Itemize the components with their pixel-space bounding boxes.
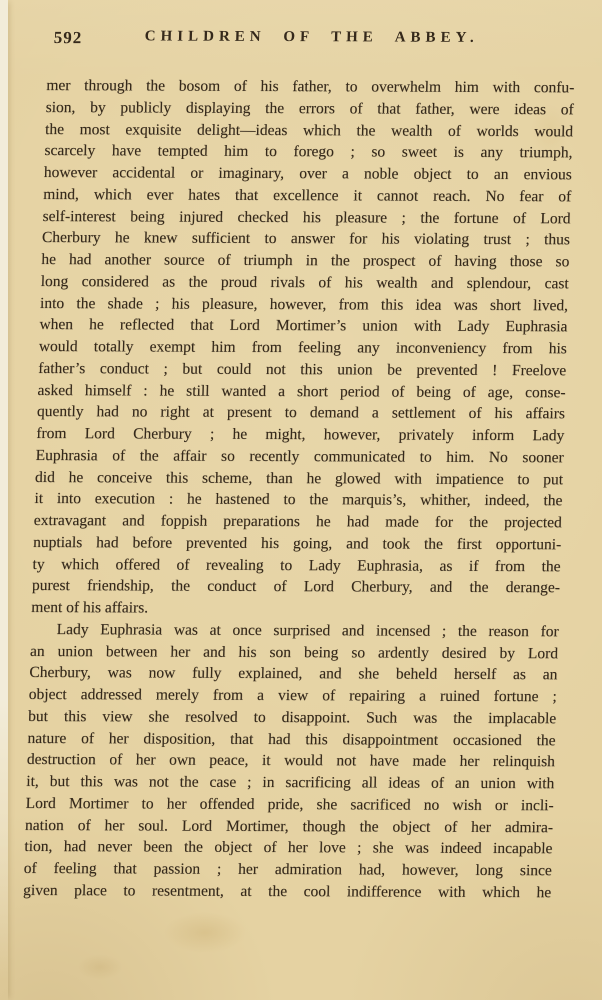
text-line: Lady Euphrasia was at once surprised and… bbox=[30, 619, 559, 643]
text-line: Cherbury he knew sufficient to answer fo… bbox=[42, 227, 571, 251]
text-line: scarcely have tempted him to forego ; so… bbox=[44, 140, 573, 164]
book-page: 592 CHILDREN OF THE ABBEY. mer through t… bbox=[0, 0, 602, 1000]
text-line: object addressed merely from a view of r… bbox=[28, 684, 557, 708]
page-header: 592 CHILDREN OF THE ABBEY. bbox=[47, 28, 576, 49]
text-line: sion, by publicly displaying the errors … bbox=[45, 97, 574, 121]
text-line: mer through the bosom of his father, to … bbox=[46, 75, 575, 99]
text-line: purest friendship, the conduct of Lord C… bbox=[32, 575, 561, 599]
page-number: 592 bbox=[53, 28, 82, 48]
text-line: nuptials had before prevented his going,… bbox=[33, 532, 562, 556]
page-left-edge bbox=[0, 0, 8, 1000]
text-line: quently had no right at present to deman… bbox=[37, 401, 566, 425]
text-line: extravagant and foppish preparations he … bbox=[33, 510, 562, 534]
text-line: ment of his affairs. bbox=[31, 597, 560, 621]
text-line: but this view she resolved to disappoint… bbox=[28, 706, 557, 730]
text-line: from Lord Cherbury ; he might, however, … bbox=[36, 423, 565, 447]
text-line: Lord Mortimer to her offended pride, she… bbox=[25, 793, 554, 817]
text-line: given place to resentment, at the cool i… bbox=[23, 880, 552, 904]
running-title: CHILDREN OF THE ABBEY. bbox=[48, 28, 576, 47]
text-line: destruction of her own peace, it would n… bbox=[27, 749, 556, 773]
text-line: long considered as the proud rivals of h… bbox=[40, 271, 569, 295]
text-line: asked himself : he still wanted a short … bbox=[37, 379, 566, 403]
page-content: 592 CHILDREN OF THE ABBEY. mer through t… bbox=[23, 28, 576, 904]
text-line: when he reflected that Lord Mortimer’s u… bbox=[39, 314, 568, 338]
text-line: however accidental or imaginary, over a … bbox=[44, 162, 573, 186]
paper-stain bbox=[70, 950, 130, 984]
text-line: into the shade ; his pleasure, however, … bbox=[40, 292, 569, 316]
page-text: mer through the bosom of his father, to … bbox=[23, 75, 575, 904]
text-line: self-interest being injured checked his … bbox=[42, 205, 571, 229]
text-line: it into execution : he hastened to the m… bbox=[34, 488, 563, 512]
text-line: the most exquisite delight—ideas which t… bbox=[45, 118, 574, 142]
text-line: nation of her soul. Lord Mortimer, thoug… bbox=[25, 814, 554, 838]
text-line: would totally exempt him from feeling an… bbox=[39, 336, 568, 360]
text-line: he had another source of triumph in the … bbox=[41, 249, 570, 273]
text-line: it, but this was not the case ; in sacri… bbox=[26, 771, 555, 795]
text-line: nature of her disposition, that had this… bbox=[27, 727, 556, 751]
text-line: of feeling that passion ; her admiration… bbox=[23, 858, 552, 882]
text-line: mind, which ever hates that excellence i… bbox=[43, 184, 572, 208]
text-line: ty which offered of revealing to Lady Eu… bbox=[32, 553, 561, 577]
text-line: an union between her and his son being s… bbox=[30, 640, 559, 664]
paper-stain bbox=[150, 905, 260, 960]
text-line: Cherbury, was now fully explained, and s… bbox=[29, 662, 558, 686]
text-line: father’s conduct ; but could not this un… bbox=[38, 358, 567, 382]
text-line: did he conceive this scheme, than he glo… bbox=[35, 466, 564, 490]
text-line: tion, had never been the object of her l… bbox=[24, 836, 553, 860]
text-line: Euphrasia of the affair so recently comm… bbox=[35, 445, 564, 469]
